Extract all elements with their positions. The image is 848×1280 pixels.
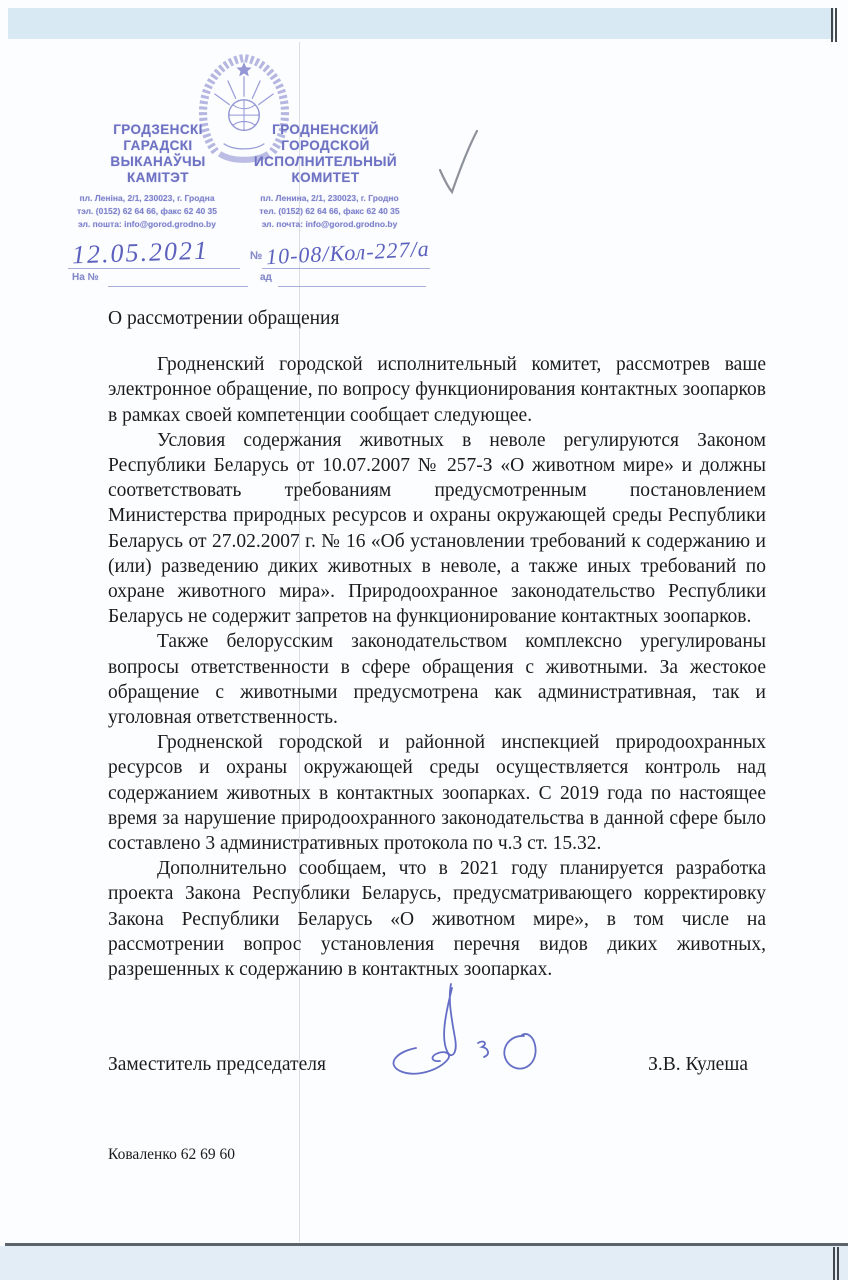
letterhead-address-belarusian: пл. Леніна, 2/1, 230023, г. Гродна тэл. … [52,192,242,231]
scanned-letter-page: ГРОДЗЕНСКІ ГАРАДСКІ ВЫКАНАЎЧЫ КАМІТЭТ ГР… [0,0,848,1280]
handwritten-signature [378,948,563,1093]
handwritten-date: 12.05.2021 [72,236,210,271]
letter-subject: О рассмотрении обращения [108,306,766,331]
reference-date-label: ад [260,272,272,283]
body-paragraph: Гродненской городской и районной инспекц… [108,730,766,856]
body-paragraph: Гродненский городской исполнительный ком… [108,352,766,428]
letterhead-line: ГОРОДСКОЙ [238,138,413,154]
letterhead-line: ГРОДЗЕНСКІ [88,122,228,138]
letterhead-line: ГРОДНЕНСКИЙ [238,122,413,138]
address-line: тэл. (0152) 62 64 66, факс 62 40 35 [52,205,242,218]
scan-artifact-top-band [8,8,834,39]
number-underline [262,268,430,269]
checkmark-icon [428,122,488,202]
body-paragraph: Также белорусским законодательством комп… [108,629,766,730]
binding-mark-top [831,8,833,42]
number-sign-label: № [250,250,262,262]
letterhead-line: ВЫКАНАЎЧЫ [88,154,228,170]
letterhead-title-russian: ГРОДНЕНСКИЙ ГОРОДСКОЙ ИСПОЛНИТЕЛЬНЫЙ КОМ… [238,122,413,186]
letterhead-line: ГАРАДСКІ [88,138,228,154]
reference-date-underline [278,286,426,287]
address-line: пл. Леніна, 2/1, 230023, г. Гродна [52,192,242,205]
letterhead-address-russian: пл. Ленина, 2/1, 230023, г. Гродно тел. … [232,192,427,231]
handwritten-outgoing-number: 10-08/Кол-227/а [265,236,430,271]
reference-number-label: На № [72,272,99,283]
letter-body: О рассмотрении обращения Гродненский гор… [108,306,766,982]
letterhead-line: КАМІТЭТ [88,170,228,186]
letterhead-line: ИСПОЛНИТЕЛЬНЫЙ [238,154,413,170]
letterhead-title-belarusian: ГРОДЗЕНСКІ ГАРАДСКІ ВЫКАНАЎЧЫ КАМІТЭТ [88,122,228,186]
address-line: эл. почта: info@gorod.grodno.by [232,218,427,231]
address-line: эл. пошта: info@gorod.grodno.by [52,218,242,231]
body-paragraph: Условия содержания животных в неволе рег… [108,428,766,630]
signer-name: З.В. Кулеша [648,1054,766,1076]
binding-mark-bottom [837,1247,839,1280]
reference-underline [108,286,248,287]
scan-artifact-bottom-band [0,1246,848,1280]
binding-mark-top [835,8,837,42]
address-line: тел. (0152) 62 64 66, факс 62 40 35 [232,205,427,218]
address-line: пл. Ленина, 2/1, 230023, г. Гродно [232,192,427,205]
signer-position: Заместитель председателя [108,1054,326,1076]
executor-contact: Коваленко 62 69 60 [108,1146,235,1164]
letterhead-line: КОМИТЕТ [238,170,413,186]
binding-mark-bottom [833,1247,835,1280]
date-underline [68,268,240,269]
